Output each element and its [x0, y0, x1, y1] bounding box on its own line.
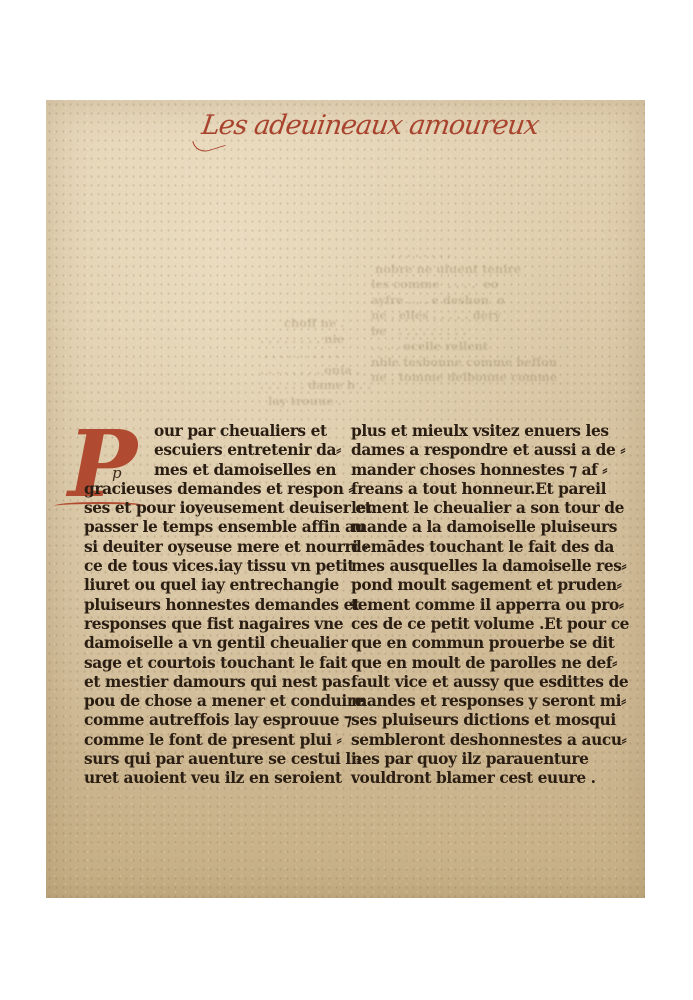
text-line: ses et pour ioyeusement deuiser et — [84, 499, 346, 518]
text-line: mes et damoiselles en — [84, 461, 346, 480]
page-title: Les adeuineaux amoureux — [200, 110, 541, 141]
text-line: mander choses honnestes ⁊ af ⸗ — [351, 461, 621, 480]
text-line: pond moult sagement et pruden⸗ — [351, 576, 621, 595]
text-line: damoiselle a vn gentil cheualier — [84, 634, 346, 653]
text-line: sembleront deshonnestes a aucu⸗ — [351, 731, 621, 750]
text-line: escuiers entretenir da⸗ — [84, 441, 346, 460]
text-line: si deuiter oyseuse mere et nourri ⸗ — [84, 538, 346, 557]
text-line: mande a la damoiselle pluiseurs — [351, 518, 621, 537]
bleed-through-text: choff ne . . . . . . . . . nie . . . . .… — [236, 285, 378, 425]
text-line: uret auoient veu ilz en seroient — [84, 769, 346, 788]
ghost-line: . . . . ocelle rellent — [367, 339, 496, 353]
text-line: plus et mieulx vsitez enuers les — [351, 422, 621, 441]
text-line: ses pluiseurs dictions et mosqui — [351, 711, 621, 730]
ghost-line: les comme . . . . eo — [367, 277, 511, 291]
text-line: tement comme il apperra ou pro⸗ — [351, 596, 621, 615]
ghost-line: lay trouue . — [252, 394, 378, 408]
text-line: responses que fist nagaires vne — [84, 615, 346, 634]
text-line: our par cheualiers et — [84, 422, 346, 441]
text-line: comme le font de present plui ⸗ — [84, 731, 346, 750]
ghost-line: nble tesbonne comme beffon — [367, 355, 557, 369]
text-line: ce de tous vices.iay tissu vn petit — [84, 557, 346, 576]
ghost-line: nobre ne uiuent tenire — [367, 262, 529, 276]
ghost-line: . . . . . . . . — [367, 246, 471, 260]
title-text: Les adeuineaux amoureux — [200, 110, 541, 141]
text-line: comme autreffois lay esprouue ⁊ — [84, 711, 346, 730]
text-line: que en moult de parolles ne def⸗ — [351, 654, 621, 673]
text-line: lement le cheualier a son tour de — [351, 499, 621, 518]
ghost-line — [367, 231, 467, 245]
text-column-right: plus et mieulx vsitez enuers les dames a… — [351, 422, 621, 789]
text-line: que en commun prouerbe se dit — [351, 634, 621, 653]
text-line: mandes et responses y seront mi⸗ — [351, 692, 621, 711]
text-line: pluiseurs honnestes demandes et — [84, 596, 346, 615]
text-line: passer le temps ensemble affin au — [84, 518, 346, 537]
ghost-line: . . . . . . . . nie — [252, 332, 360, 346]
text-line: vouldront blamer cest euure . — [351, 769, 621, 788]
text-line: freans a tout honneur.Et pareil — [351, 480, 621, 499]
text-line: nes par quoy ilz parauenture — [351, 750, 621, 769]
text-line: et mestier damours qui nest pas — [84, 673, 346, 692]
text-column-left: our par cheualiers et escuiers entreteni… — [84, 422, 346, 789]
text-line: demādes touchant le fait des da — [351, 538, 621, 557]
ghost-line: ayfre . . . e deshon o — [367, 293, 513, 307]
ghost-line: be . . . . . . . . . — [367, 324, 478, 338]
ghost-line: ne . tomme delbonne comme — [367, 370, 561, 384]
ghost-line: . . . . . . . . . . — [252, 347, 352, 361]
ghost-line: choff ne . — [252, 316, 368, 330]
ghost-line: . . . . . . dame b . . — [252, 378, 375, 392]
ghost-line: ne . elles . . . . . dery — [367, 308, 505, 322]
text-line: liuret ou quel iay entrechangie — [84, 576, 346, 595]
text-line: ces de ce petit volume .Et pour ce — [351, 615, 621, 634]
text-line: mes ausquelles la damoiselle res⸗ — [351, 557, 621, 576]
title-flourish — [192, 132, 225, 156]
bleed-through-text: . . . . . . . . nobre ne uiuent tenire l… — [351, 215, 561, 401]
manuscript-page: . . . . . . . . nobre ne uiuent tenire l… — [46, 100, 645, 898]
text-line: pou de chose a mener et conduire — [84, 692, 346, 711]
text-line: fault vice et aussy que esdittes de — [351, 673, 621, 692]
text-line: gracieuses demandes et respon ⸗ — [84, 480, 346, 499]
ghost-line — [252, 301, 356, 315]
text-line: surs qui par auenture se cestui li⸗ — [84, 750, 346, 769]
ghost-line: . . . . . . . . onia . — [252, 363, 364, 377]
text-line: dames a respondre et aussi a de ⸗ — [351, 441, 621, 460]
text-line: sage et courtois touchant le fait — [84, 654, 346, 673]
